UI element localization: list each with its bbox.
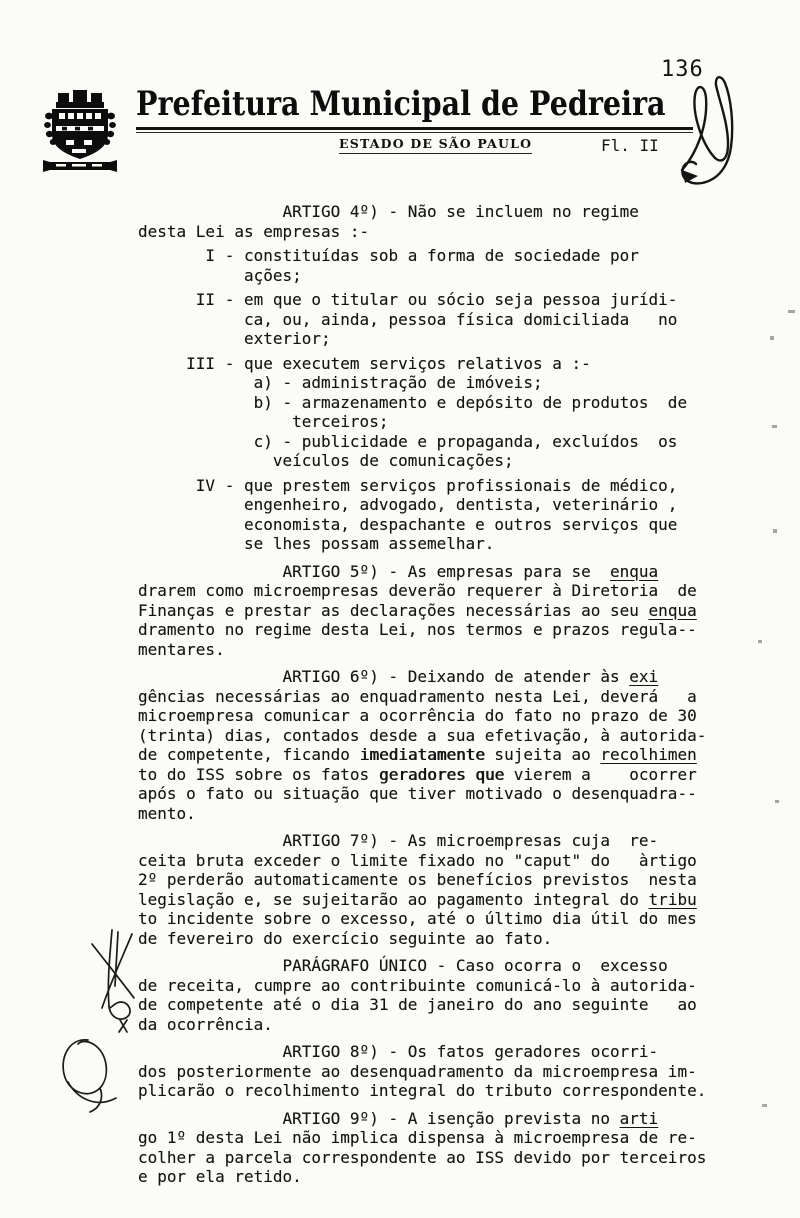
text-segment: II - em que o titular ou sócio seja pess… [138,290,677,309]
text-segment: ações; [138,266,302,285]
document-line: desta Lei as empresas :- [138,222,706,242]
text-segment: sujeita ao [485,745,601,764]
document-line: ARTIGO 7º) - As microempresas cuja re- [138,831,706,851]
text-segment: de receita, cumpre ao contribuinte comun… [138,976,697,995]
text-segment: de competente até o dia 31 de janeiro do… [138,995,697,1014]
document-line: exterior; [138,329,706,349]
text-segment: dos posteriormente ao desenquadramento d… [138,1062,697,1081]
document-line: to do ISS sobre os fatos geradores que v… [138,765,706,785]
signature-rubric [668,54,756,192]
underlined-text-segment: enqua [649,601,697,620]
text-segment: PARÁGRAFO ÚNICO - Caso ocorra o excesso [138,956,668,975]
document-line: ARTIGO 6º) - Deixando de atender às exi [138,667,706,687]
document-line: dos posteriormente ao desenquadramento d… [138,1062,706,1082]
document-line: colher a parcela correspondente ao ISS d… [138,1148,706,1168]
text-segment: ARTIGO 6º) - Deixando de atender às [138,667,629,686]
text-segment: geradores que [379,765,504,784]
text-segment: da ocorrência. [138,1015,273,1034]
text-segment: ca, ou, ainda, pessoa física domiciliada… [138,310,677,329]
text-segment: III - que executem serviços relativos a … [138,354,591,373]
document-line: legislação e, se sujeitarão ao pagamento… [138,890,706,910]
underlined-text-segment: recolhimen [600,745,696,764]
scanned-document-page: Prefeitura Municipal de Pedreira ESTADO … [0,0,800,1218]
text-segment: to do ISS sobre os fatos [138,765,379,784]
document-line: após o fato ou situação que tiver motiva… [138,784,706,804]
sheet-number-label: Fl. II [601,136,659,155]
text-segment: colher a parcela correspondente ao ISS d… [138,1148,706,1167]
text-segment: economista, despachante e outros serviço… [138,515,677,534]
document-line: ARTIGO 8º) - Os fatos geradores ocorri- [138,1042,706,1062]
text-segment: to incidente sobre o excesso, até o últi… [138,909,697,928]
document-line: de competente até o dia 31 de janeiro do… [138,995,706,1015]
text-segment: se lhes possam assemelhar. [138,534,494,553]
document-line: ARTIGO 4º) - Não se incluem no regime [138,202,706,222]
text-segment: mentares. [138,640,225,659]
document-line: drarem como microempresas deverão requer… [138,581,706,601]
document-line: economista, despachante e outros serviço… [138,515,706,535]
document-line: 2º perderão automaticamente os benefício… [138,870,706,890]
scan-speck [762,1104,767,1107]
text-segment: mento. [138,804,196,823]
text-segment: veículos de comunicações; [138,451,514,470]
margin-initial-loop [56,1030,122,1118]
document-line: II - em que o titular ou sócio seja pess… [138,290,706,310]
text-segment: terceiros; [138,412,388,431]
text-segment: dramento no regime desta Lei, nos termos… [138,620,697,639]
text-segment: IV - que prestem serviços profissionais … [138,476,677,495]
document-line: microempresa comunicar a ocorrência do f… [138,706,706,726]
document-line: mento. [138,804,706,824]
municipality-title: Prefeitura Municipal de Pedreira [136,84,666,124]
text-segment: ARTIGO 5º) - As empresas para se [138,562,610,581]
text-segment: b) - armazenamento e depósito de produto… [138,393,687,412]
scan-speck [758,640,762,643]
margin-scribble-mark [82,928,148,1040]
scan-speck [772,425,777,428]
text-segment: ARTIGO 7º) - As microempresas cuja re- [138,831,658,850]
document-line: Finanças e prestar as declarações necess… [138,601,706,621]
document-line: c) - publicidade e propaganda, excluídos… [138,432,706,452]
document-line: III - que executem serviços relativos a … [138,354,706,374]
document-line: I - constituídas sob a forma de sociedad… [138,246,706,266]
text-segment: microempresa comunicar a ocorrência do f… [138,706,697,725]
document-line: go 1º desta Lei não implica dispensa à m… [138,1128,706,1148]
text-segment: I - constituídas sob a forma de sociedad… [138,246,639,265]
document-line: ações; [138,266,706,286]
text-segment: drarem como microempresas deverão requer… [138,581,697,600]
text-segment: ARTIGO 9º) - A isenção prevista no [138,1109,620,1128]
document-line: se lhes possam assemelhar. [138,534,706,554]
document-line: e por ela retido. [138,1167,706,1187]
scan-speck [773,529,777,533]
text-segment: a) - administração de imóveis; [138,373,543,392]
text-segment: ceita bruta exceder o limite fixado no "… [138,851,697,870]
underlined-text-segment: arti [620,1109,659,1128]
document-line: de receita, cumpre ao contribuinte comun… [138,976,706,996]
scan-speck [788,310,795,313]
text-segment: Finanças e prestar as declarações necess… [138,601,649,620]
document-line: a) - administração de imóveis; [138,373,706,393]
document-line: IV - que prestem serviços profissionais … [138,476,706,496]
text-segment: plicarão o recolhimento integral do trib… [138,1081,706,1100]
document-line: ca, ou, ainda, pessoa física domiciliada… [138,310,706,330]
document-body: ARTIGO 4º) - Não se incluem no regimedes… [138,202,706,1187]
underlined-text-segment: enqua [610,562,658,581]
text-segment: de competente, ficando [138,745,360,764]
coat-of-arms-emblem [42,90,118,174]
scan-speck [775,800,779,803]
document-line: dramento no regime desta Lei, nos termos… [138,620,706,640]
document-line: de fevereiro do exercício seguinte ao fa… [138,929,706,949]
document-line: to incidente sobre o excesso, até o últi… [138,909,706,929]
text-segment: exterior; [138,329,331,348]
document-line: engenheiro, advogado, dentista, veteriná… [138,495,706,515]
header-rule-thin [136,132,693,133]
text-segment: gências necessárias ao enquadramento nes… [138,687,697,706]
text-segment: ARTIGO 4º) - Não se incluem no regime [138,202,639,221]
text-segment: vierem a ocorrer [504,765,697,784]
text-segment: 2º perderão automaticamente os benefício… [138,870,697,889]
scan-speck [770,336,774,340]
text-segment: imediatamente [360,745,485,764]
document-line: ARTIGO 5º) - As empresas para se enqua [138,562,706,582]
header-rule-thick [136,127,693,130]
text-segment: desta Lei as empresas :- [138,222,369,241]
document-line: plicarão o recolhimento integral do trib… [138,1081,706,1101]
document-line: (trinta) dias, contados desde a sua efet… [138,726,706,746]
document-line: veículos de comunicações; [138,451,706,471]
document-line: gências necessárias ao enquadramento nes… [138,687,706,707]
text-segment: de fevereiro do exercício seguinte ao fa… [138,929,552,948]
underlined-text-segment: tribu [649,890,697,909]
document-line: ARTIGO 9º) - A isenção prevista no arti [138,1109,706,1129]
document-line: da ocorrência. [138,1015,706,1035]
text-segment: ARTIGO 8º) - Os fatos geradores ocorri- [138,1042,658,1061]
text-segment: (trinta) dias, contados desde a sua efet… [138,726,706,745]
document-line: ceita bruta exceder o limite fixado no "… [138,851,706,871]
text-segment: legislação e, se sujeitarão ao pagamento… [138,890,649,909]
text-segment: e por ela retido. [138,1167,302,1186]
text-segment: após o fato ou situação que tiver motiva… [138,784,697,803]
state-subtitle: ESTADO DE SÃO PAULO [339,136,532,154]
underlined-text-segment: exi [629,667,658,686]
document-line: terceiros; [138,412,706,432]
document-line: b) - armazenamento e depósito de produto… [138,393,706,413]
document-line: mentares. [138,640,706,660]
text-segment: go 1º desta Lei não implica dispensa à m… [138,1128,697,1147]
document-line: de competente, ficando imediatamente suj… [138,745,706,765]
text-segment: c) - publicidade e propaganda, excluídos… [138,432,677,451]
text-segment: engenheiro, advogado, dentista, veteriná… [138,495,677,514]
document-line: PARÁGRAFO ÚNICO - Caso ocorra o excesso [138,956,706,976]
